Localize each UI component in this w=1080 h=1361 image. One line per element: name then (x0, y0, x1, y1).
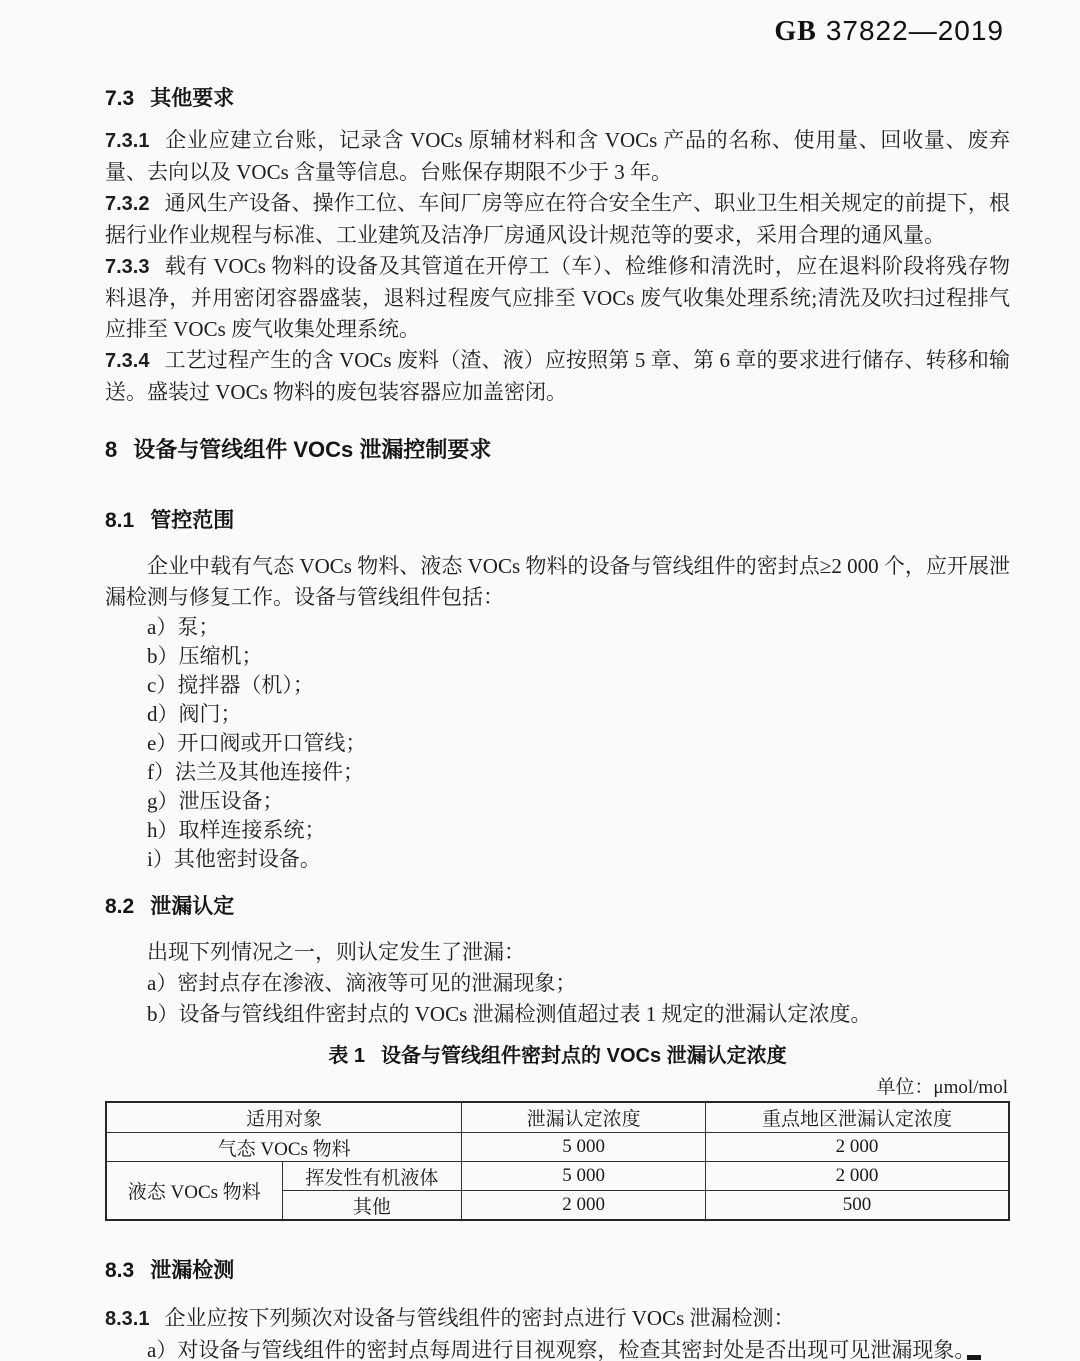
table1-header-row: 适用对象 泄漏认定浓度 重点地区泄漏认定浓度 (106, 1102, 1009, 1133)
clause-7-3-4-text: 工艺过程产生的含 VOCs 废料（渣、液）应按照第 5 章、第 6 章的要求进行… (105, 348, 1010, 404)
list-item-8-1-g: g）泄压设备； (105, 787, 1010, 816)
list-item-8-1-f: f）法兰及其他连接件； (105, 758, 1010, 787)
clause-8-1-title: 管控范围 (150, 509, 234, 532)
table1-caption-text: 设备与管线组件密封点的 VOCs 泄漏认定浓度 (381, 1045, 787, 1067)
list-item-8-1-d: d）阀门； (105, 700, 1010, 729)
table1-liquid-other-key-region-limit: 500 (706, 1191, 1009, 1221)
table1-row-liquid-volatile: 液态 VOCs 物料 挥发性有机液体 5 000 2 000 (106, 1162, 1009, 1191)
clause-7-3-1: 7.3.1企业应建立台账，记录含 VOCs 原辅材料和含 VOCs 产品的名称、… (105, 125, 1010, 188)
table1-liquid-volatile-key-region-limit: 2 000 (706, 1162, 1009, 1191)
document-page: GB37822—2019 7.3其他要求 7.3.1企业应建立台账，记录含 VO… (0, 0, 1080, 1361)
table1-liquid-volatile-sub: 挥发性有机液体 (282, 1162, 462, 1191)
page-number-cropped-mark (967, 1355, 981, 1360)
clause-7-3-2: 7.3.2通风生产设备、操作工位、车间厂房等应在符合安全生产、职业卫生相关规定的… (105, 188, 1010, 251)
heading-8-1: 8.1管控范围 (105, 509, 1010, 533)
clause-8-2-intro: 出现下列情况之一，则认定发生了泄漏： (105, 937, 1010, 968)
clause-7-3-3-text: 载有 VOCs 物料的设备及其管道在开停工（车）、检维修和清洗时，应在退料阶段将… (105, 254, 1010, 341)
list-item-8-3-1-a: a）对设备与管线组件的密封点每周进行目视观察，检查其密封处是否出现可见泄漏现象。 (105, 1335, 1010, 1361)
list-item-8-1-h: h）取样连接系统； (105, 816, 1010, 845)
standard-header: GB37822—2019 (105, 14, 1010, 49)
list-item-8-1-i: i）其他密封设备。 (105, 845, 1010, 874)
table1-liquid-group-label: 液态 VOCs 物料 (106, 1162, 282, 1221)
table1-caption: 表 1设备与管线组件密封点的 VOCs 泄漏认定浓度 (105, 1044, 1010, 1068)
clause-8-1-number: 8.1 (105, 509, 134, 532)
table1-liquid-volatile-leak-limit: 5 000 (462, 1162, 706, 1191)
list-item-8-1-a: a）泵； (105, 613, 1010, 642)
clause-7-3-3: 7.3.3载有 VOCs 物料的设备及其管道在开停工（车）、检维修和清洗时，应在… (105, 251, 1010, 345)
clause-7-3-1-text: 企业应建立台账，记录含 VOCs 原辅材料和含 VOCs 产品的名称、使用量、回… (105, 128, 1010, 184)
clause-8-title: 设备与管线组件 VOCs 泄漏控制要求 (133, 437, 491, 462)
clause-7-3-4: 7.3.4工艺过程产生的含 VOCs 废料（渣、液）应按照第 5 章、第 6 章… (105, 345, 1010, 408)
clause-7-3-4-number: 7.3.4 (105, 350, 149, 372)
table1-header-key-region-limit: 重点地区泄漏认定浓度 (706, 1102, 1009, 1133)
clause-7-3-2-text: 通风生产设备、操作工位、车间厂房等应在符合安全生产、职业卫生相关规定的前提下，根… (105, 191, 1010, 247)
table1: 适用对象 泄漏认定浓度 重点地区泄漏认定浓度 气态 VOCs 物料 5 000 … (105, 1101, 1010, 1221)
heading-7-3: 7.3其他要求 (105, 87, 1010, 111)
clause-7-3-1-number: 7.3.1 (105, 130, 149, 152)
standard-code-number: 37822—2019 (826, 15, 1004, 46)
table1-gas-leak-limit: 5 000 (462, 1133, 706, 1162)
clause-7-3-number: 7.3 (105, 87, 134, 110)
table1-unit-label: 单位：μmol/mol (105, 1076, 1010, 1099)
table1-liquid-other-leak-limit: 2 000 (462, 1191, 706, 1221)
clause-8-3-title: 泄漏检测 (150, 1259, 234, 1282)
heading-8-3: 8.3泄漏检测 (105, 1259, 1010, 1283)
list-item-8-1-b: b）压缩机； (105, 642, 1010, 671)
table1-caption-label: 表 1 (328, 1045, 365, 1067)
clause-7-3-title: 其他要求 (150, 87, 234, 110)
table1-gas-key-region-limit: 2 000 (706, 1133, 1009, 1162)
list-item-8-2-b: b）设备与管线组件密封点的 VOCs 泄漏检测值超过表 1 规定的泄漏认定浓度。 (105, 999, 1010, 1030)
clause-8-2-number: 8.2 (105, 895, 134, 918)
clause-8-3-1-text: 企业应按下列频次对设备与管线组件的密封点进行 VOCs 泄漏检测： (164, 1306, 794, 1330)
table1-row-gas: 气态 VOCs 物料 5 000 2 000 (106, 1133, 1009, 1162)
clause-7-3-3-number: 7.3.3 (105, 256, 149, 278)
list-item-8-1-e: e）开口阀或开口管线； (105, 729, 1010, 758)
list-item-8-2-a: a）密封点存在渗液、滴液等可见的泄漏现象； (105, 968, 1010, 999)
list-item-8-1-c: c）搅拌器（机）； (105, 671, 1010, 700)
heading-8: 8设备与管线组件 VOCs 泄漏控制要求 (105, 438, 1010, 462)
clause-8-2-title: 泄漏认定 (150, 895, 234, 918)
heading-8-2: 8.2泄漏认定 (105, 895, 1010, 919)
standard-prefix: GB (774, 16, 816, 47)
clause-8-3-number: 8.3 (105, 1259, 134, 1282)
clause-8-3-1-number: 8.3.1 (105, 1308, 149, 1330)
clause-8-number: 8 (105, 437, 117, 462)
table1-header-leak-limit: 泄漏认定浓度 (462, 1102, 706, 1133)
clause-7-3-2-number: 7.3.2 (105, 193, 149, 215)
table1-gas-object: 气态 VOCs 物料 (106, 1133, 462, 1162)
clause-8-3-1: 8.3.1企业应按下列频次对设备与管线组件的密封点进行 VOCs 泄漏检测： (105, 1303, 1010, 1335)
table1-header-object: 适用对象 (106, 1102, 462, 1133)
table1-liquid-other-sub: 其他 (282, 1191, 462, 1221)
clause-8-1-intro: 企业中载有气态 VOCs 物料、液态 VOCs 物料的设备与管线组件的密封点≥2… (105, 551, 1010, 613)
